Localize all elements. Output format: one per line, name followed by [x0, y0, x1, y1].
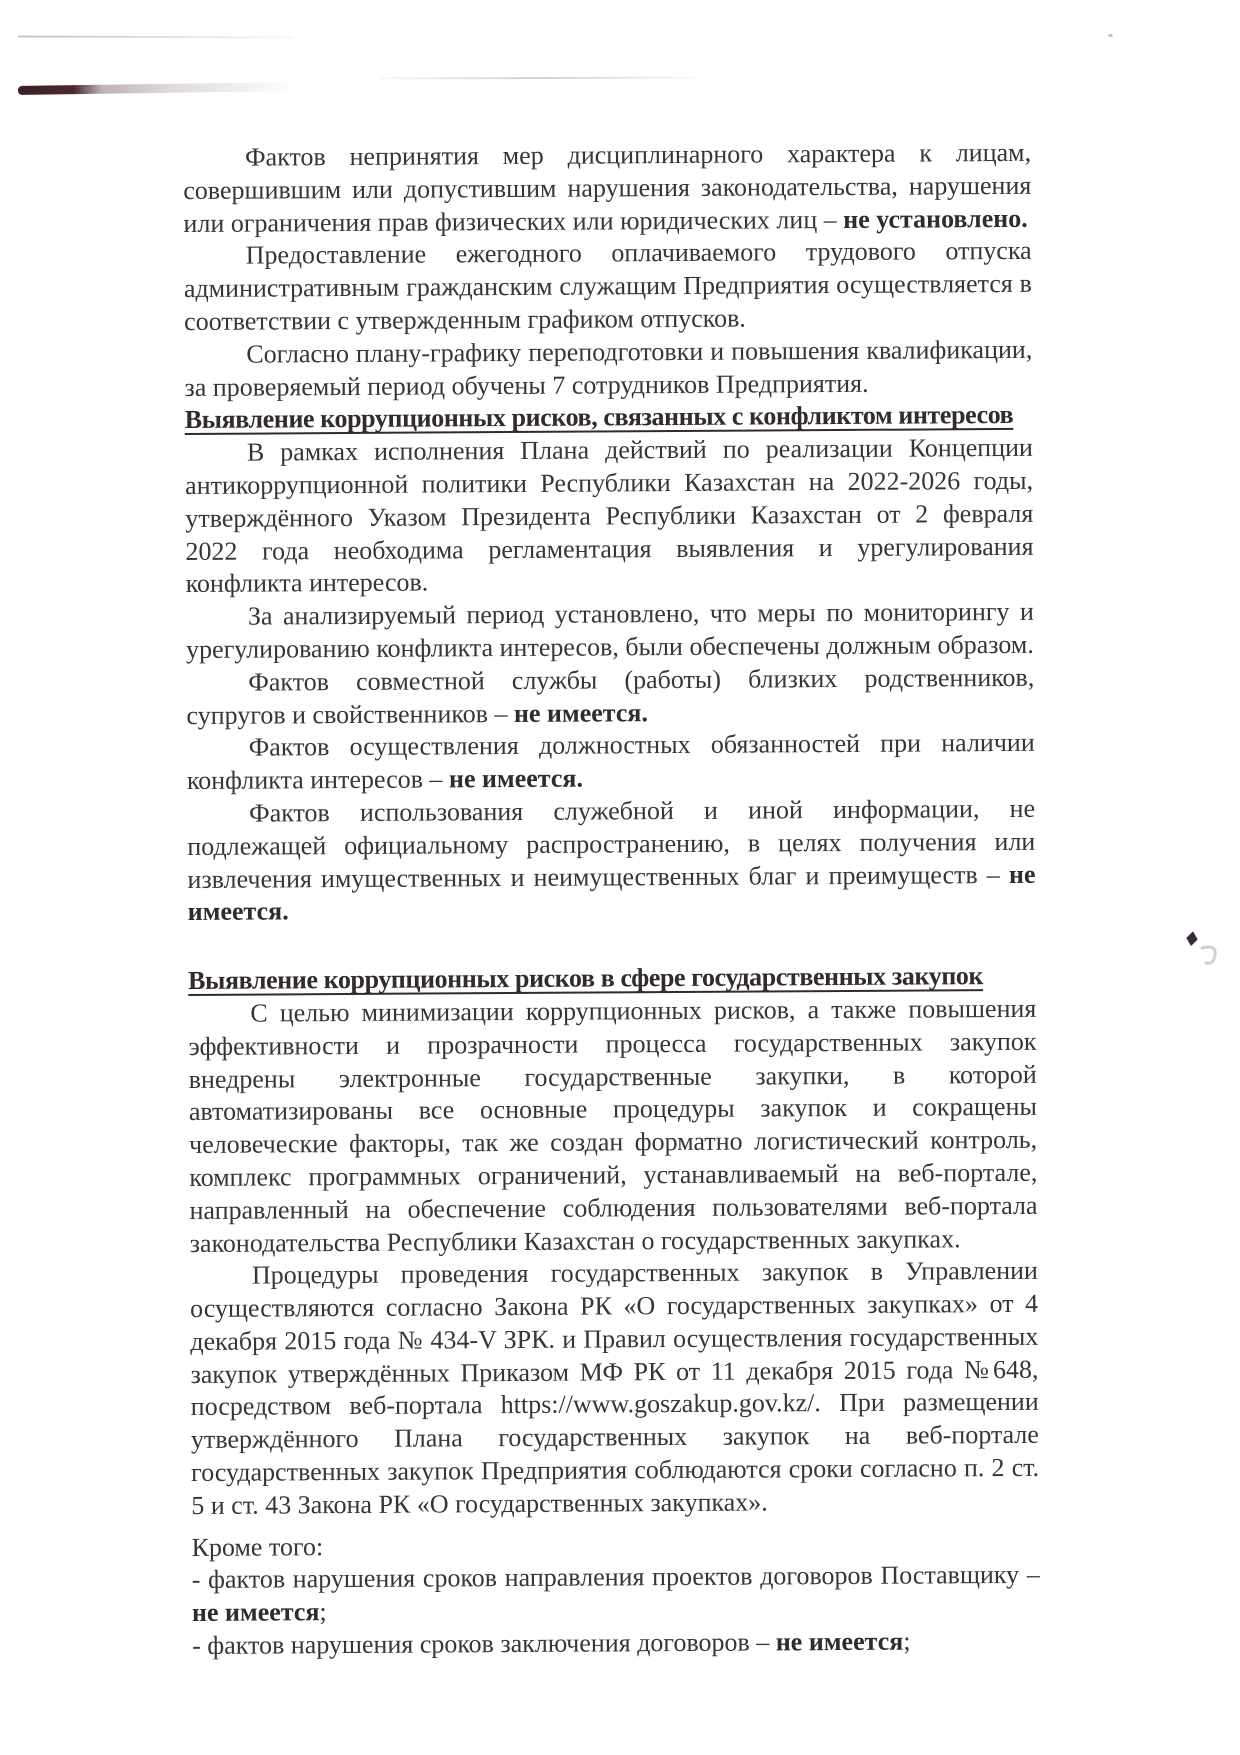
paragraph: С целью минимизации коррупционных рисков…	[188, 993, 1038, 1261]
margin-ink-diamond: ♦	[1181, 926, 1202, 952]
paragraph: - фактов нарушения сроков заключения дог…	[192, 1625, 1040, 1663]
body-text: Фактов осуществления должностных обязанн…	[187, 728, 1035, 795]
paragraph: Фактов непринятия мер дисциплинарного ха…	[183, 137, 1032, 241]
scan-hairline	[18, 36, 293, 39]
body-text: Фактов использования служебной и иной ин…	[187, 794, 1035, 894]
body-text: ;	[319, 1597, 326, 1626]
body-text: Кроме того:	[191, 1532, 323, 1562]
scanned-page: ♦ Фактов непринятия мер дисциплинарного …	[0, 0, 1240, 1755]
body-text: Процедуры проведения государственных зак…	[190, 1256, 1039, 1520]
emphasis-text: не имеется.	[449, 764, 583, 794]
body-text: С целью минимизации коррупционных рисков…	[188, 994, 1037, 1258]
scan-speck	[1108, 34, 1113, 37]
body-text: Выявление коррупционных рисков, связанны…	[185, 400, 1014, 434]
paragraph: Кроме того:	[191, 1526, 1039, 1564]
emphasis-text: не имеется	[192, 1597, 320, 1627]
body-text: Выявление коррупционных рисков в сфере г…	[188, 961, 983, 995]
body-text: - фактов нарушения сроков заключения дог…	[192, 1627, 776, 1660]
body-text: В рамках исполнения Плана действий по ре…	[185, 433, 1034, 598]
body-text: За анализируемый период установлено, что…	[186, 597, 1034, 664]
emphasis-text: не имеется	[776, 1627, 904, 1657]
section-heading: Выявление коррупционных рисков в сфере г…	[188, 960, 1036, 998]
emphasis-text: не имеется.	[514, 698, 648, 728]
body-text: - фактов нарушения сроков направления пр…	[192, 1560, 1040, 1594]
margin-ink-squiggle	[1199, 941, 1223, 967]
paragraph: Фактов использования служебной и иной ин…	[187, 793, 1036, 929]
paragraph: За анализируемый период установлено, что…	[186, 596, 1034, 667]
paragraph: Фактов совместной службы (работы) близки…	[186, 662, 1034, 733]
section-heading: Выявление коррупционных рисков, связанны…	[185, 399, 1033, 437]
document-body: Фактов непринятия мер дисциплинарного ха…	[183, 137, 1040, 1663]
scan-ink-streak	[18, 82, 296, 95]
paragraph: Фактов осуществления должностных обязанн…	[187, 727, 1035, 798]
paragraph: Процедуры проведения государственных зак…	[190, 1255, 1040, 1523]
paragraph: В рамках исполнения Плана действий по ре…	[185, 432, 1034, 601]
paragraph: Предоставление ежегодного оплачиваемого …	[184, 235, 1033, 339]
emphasis-text: не установлено.	[843, 203, 1028, 233]
body-text: Предоставление ежегодного оплачиваемого …	[184, 236, 1032, 336]
paragraph: - фактов нарушения сроков направления пр…	[192, 1559, 1040, 1630]
paragraph: Согласно плану-графику переподготовки и …	[184, 334, 1032, 405]
body-text: ;	[903, 1627, 910, 1656]
scan-hairline	[380, 77, 698, 80]
body-text: Согласно плану-графику переподготовки и …	[184, 335, 1032, 402]
